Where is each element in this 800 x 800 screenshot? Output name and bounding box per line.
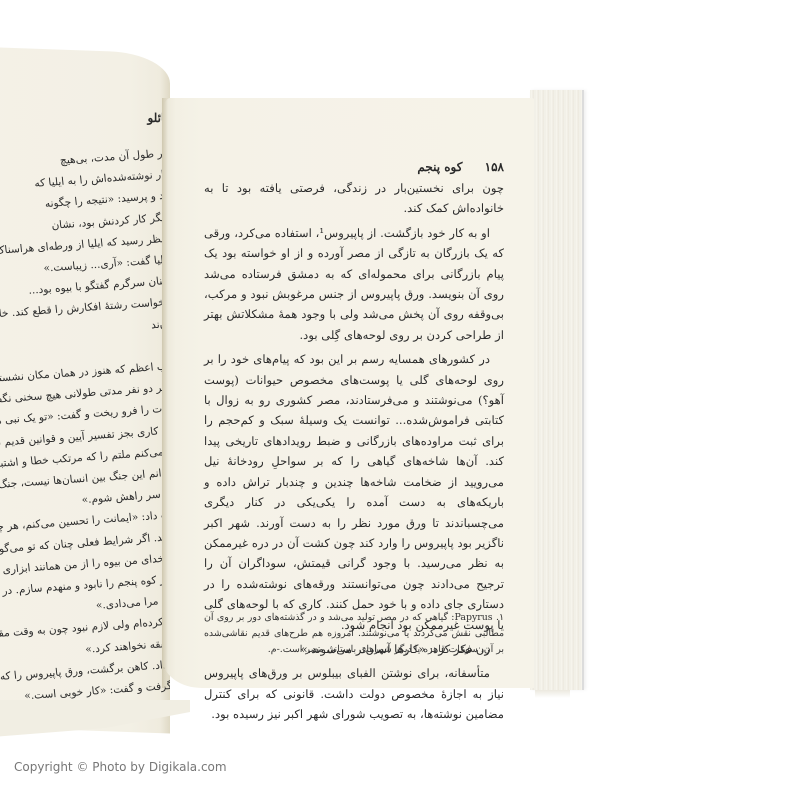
paragraph: او به کار خود بازگشت. از پاپیروس¹، استفا… [204,223,504,345]
paragraph: در کشورهای همسایه رسم بر این بود که پیام… [204,349,504,635]
page-number: ۱۵۸ [485,160,504,174]
left-page: پائلو در طول آن مدت، بی‌هیچ کار نوشته‌شد… [0,47,170,734]
copyright-watermark: Copyright © Photo by Digikala.com [14,760,227,774]
book-photo: پائلو در طول آن مدت، بی‌هیچ کار نوشته‌شد… [0,0,800,800]
paragraph: چون برای نخستین‌بار در زندگی، فرصتی یافت… [204,178,504,219]
page-edges-bottom [535,690,570,698]
footnote: ۱. Papyrus: گیاهی که در مصر تولید می‌شد … [204,610,504,658]
left-page-body: در طول آن مدت، بی‌هیچ کار نوشته‌شده‌اش ر… [0,143,170,731]
right-page: ۱۵۸ کوه پنجم چون برای نخستین‌بار در زندگ… [162,98,534,688]
page-edges-stack [530,90,584,690]
running-title: کوه پنجم [417,160,462,174]
paragraph: متأسفانه، برای نوشتن الفبای بیبلوس بر ور… [204,663,504,724]
right-page-header: ۱۵۸ کوه پنجم [417,160,504,174]
